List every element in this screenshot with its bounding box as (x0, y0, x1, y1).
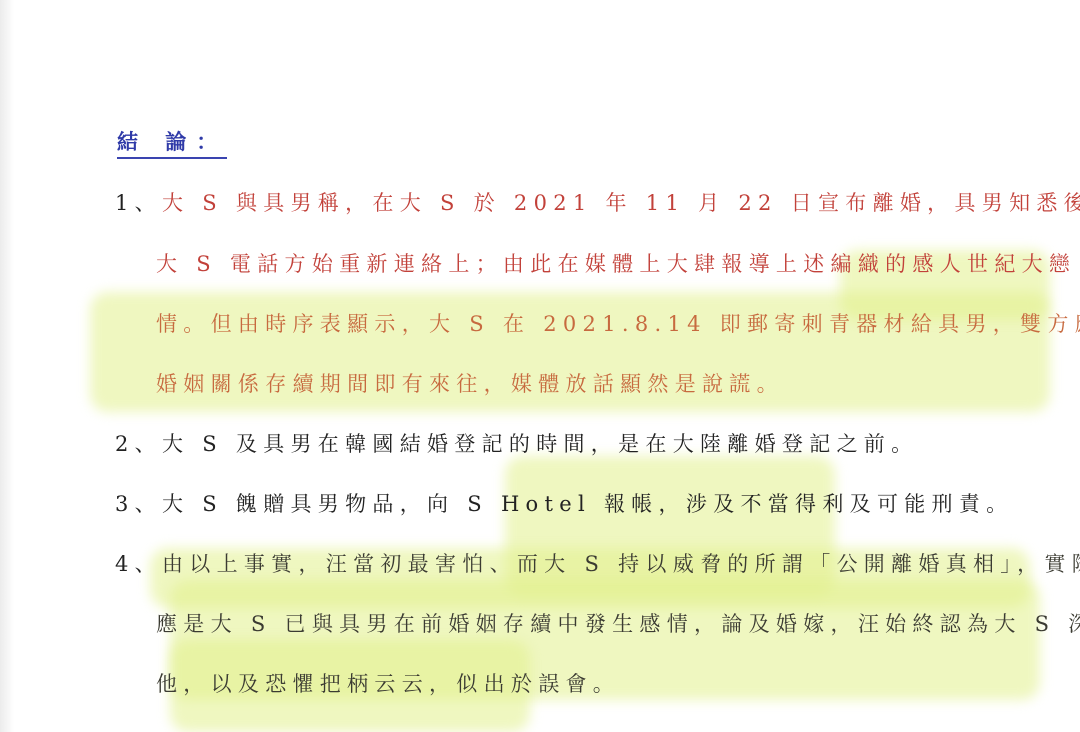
list-item-text: 由以上事實，汪當初最害怕、而大 S 持以威脅的所謂「公開離婚真相」，實際 (162, 552, 1080, 576)
list-item-1-line-2: 大 S 電話方始重新連絡上；由此在媒體上大肆報導上述編織的感人世紀大戀 (156, 249, 1076, 279)
list-item-1-line-3: 情。但由時序表顯示，大 S 在 2021.8.14 即郵寄刺青器材給具男，雙方應… (156, 309, 1080, 339)
list-item-number: 1、 (115, 191, 162, 215)
list-item-3-line-1: 3、大 S 餽贈具男物品，向 S Hotel 報帳，涉及不當得利及可能刑責。 (115, 489, 1013, 519)
list-item-1-line-1: 1、大 S 與具男稱，在大 S 於 2021 年 11 月 22 日宣布離婚，具… (115, 188, 1080, 218)
list-item-text: 大 S 及具男在韓國結婚登記的時間，是在大陸離婚登記之前。 (162, 432, 918, 456)
list-item-2-line-1: 2、大 S 及具男在韓國結婚登記的時間，是在大陸離婚登記之前。 (115, 429, 918, 459)
list-item-4-line-1: 4、由以上事實，汪當初最害怕、而大 S 持以威脅的所謂「公開離婚真相」，實際 (115, 549, 1080, 579)
list-item-text: 大 S 與具男稱，在大 S 於 2021 年 11 月 22 日宣布離婚，具男知… (162, 191, 1080, 215)
page-edge-shadow (0, 0, 14, 732)
conclusion-heading: 結 論： (117, 128, 227, 159)
list-item-4-line-3: 他，以及恐懼把柄云云，似出於誤會。 (156, 669, 620, 699)
list-item-number: 4、 (115, 552, 162, 576)
list-item-4-line-2: 應是大 S 已與具男在前婚姻存續中發生感情，論及婚嫁，汪始終認為大 S 深愛 (156, 609, 1080, 639)
list-item-1-line-4: 婚姻關係存續期間即有來往，媒體放話顯然是說謊。 (156, 369, 784, 399)
list-item-number: 2、 (115, 432, 162, 456)
list-item-text: 大 S 餽贈具男物品，向 S Hotel 報帳，涉及不當得利及可能刑責。 (162, 492, 1014, 516)
list-item-number: 3、 (115, 492, 162, 516)
